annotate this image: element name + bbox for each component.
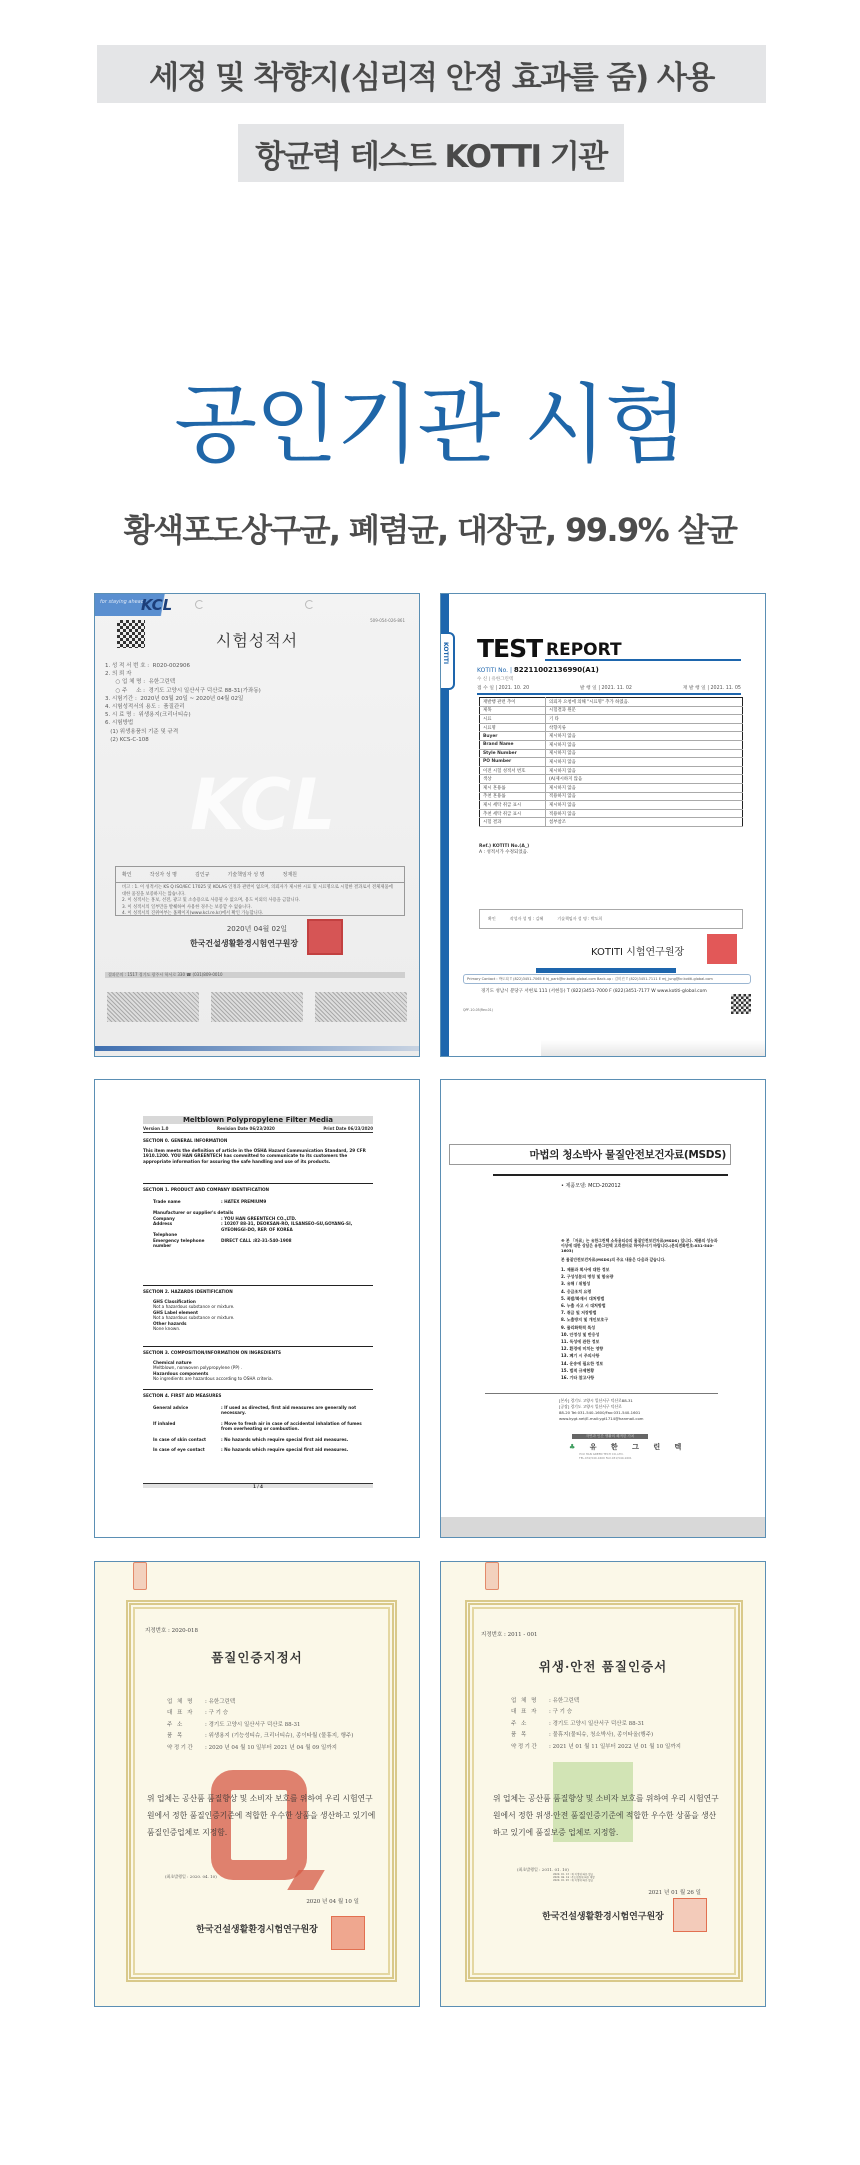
msds-ko-title: 마법의 청소박사 물질안전보건자료(MSDS) xyxy=(449,1144,731,1165)
address-line: www.kygt.net/E-mail:ygt1714@hanmail.com xyxy=(559,1416,643,1422)
headline-banner-usage: 세정 및 착향지(심리적 안정 효과를 줌) 사용 xyxy=(97,45,766,103)
list-item: 16. 기타 참고사항 xyxy=(561,1374,613,1381)
kcl-note-line: 비고 : 1. 이 성적서는 KS Q ISO/IEC 17025 및 KOLA… xyxy=(122,885,398,898)
cert-body: 위 업체는 공산품 품질향상 및 소비자 보호를 위하여 우리 시험연구원에서 … xyxy=(493,1790,723,1841)
cert-first-issued: (최초발행일 : 2020. 04. 10) xyxy=(165,1875,217,1880)
kotiti-test-report-image: KOTITI TEST REPORT KOTITI No. | 82211002… xyxy=(440,593,766,1057)
cert-field-key: 대 표 자 xyxy=(511,1707,549,1718)
msds-title: Meltblown Polypropylene Filter Media xyxy=(143,1116,373,1124)
divider xyxy=(477,693,741,695)
kcl-sign-cell: 정재원 xyxy=(283,871,298,878)
table-row: 시험 결과첨부참조 xyxy=(480,818,743,827)
msds-ko-company-info: YOU HAN GREEN TECH CO.,LTD. TEL.031)540-… xyxy=(579,1452,632,1460)
row-value: 제시하지 않음 xyxy=(546,758,743,767)
table-row: Style Number제시하지 않음 xyxy=(480,749,743,758)
list-item: 3. 유해 / 위험성 xyxy=(561,1280,613,1287)
cert-field: 약정기간: 2021 년 01 월 11 일부터 2022 년 01 월 10 … xyxy=(511,1742,681,1753)
list-item: 11. 독성에 관한 정보 xyxy=(561,1338,613,1345)
cert-field: 주 소: 경기도 고양시 일산서구 덕산로 88-31 xyxy=(511,1719,681,1730)
kotiti-address: 경기도 성남시 분당구 서현로 111 (서현동) T (822)3451-70… xyxy=(481,988,707,994)
msds-ko-contents: 1. 제품과 회사에 대한 정보2. 구성성분의 명칭 및 함유량3. 유해 /… xyxy=(561,1266,613,1381)
kcl-sign-cell: 확인 xyxy=(122,871,132,878)
kcl-report-fields: 1. 성 적 서 번 호 : R020-0029062. 의 뢰 자 ○ 업 체… xyxy=(105,662,261,744)
row-value: 제시하지 않음 xyxy=(546,732,743,741)
official-seal-icon xyxy=(307,919,343,955)
report-title-report: REPORT xyxy=(546,640,622,660)
first-aid-value: : If used as directed, first aid measure… xyxy=(221,1405,373,1416)
row-key: PO Number xyxy=(480,758,546,767)
official-seal-icon xyxy=(673,1898,707,1932)
row-key: 추천 혼용률 xyxy=(480,792,546,801)
stamp-icon xyxy=(485,1562,499,1590)
kcl-sign-cell: 작성자 성 명 xyxy=(150,871,177,878)
page-footer-band xyxy=(441,1517,765,1537)
first-aid-row: If inhaled: Move to fresh air in case of… xyxy=(143,1421,373,1432)
cert-field: 업 체 명: 유한그린텍 xyxy=(511,1696,681,1707)
kcl-sign-cell: 김인규 xyxy=(195,871,210,878)
kotiti-dates: 접 수 일 | 2021. 10. 20 발 행 일 | 2021. 11. 0… xyxy=(477,684,741,691)
cert-number: 지정번호 : 2020-018 xyxy=(145,1626,198,1634)
cert-number: 지정번호 : 2011 - 001 xyxy=(481,1630,537,1638)
kcl-field-line: 5. 시 료 명 : 위생용지(크리너티슈) xyxy=(105,711,261,719)
msds-ko-address: [본사] 경기도 고양시 일산서구 덕산로88-31[공장] 경기도 고양시 일… xyxy=(559,1398,643,1422)
report-title-test: TEST xyxy=(477,634,542,663)
punch-hole-icon xyxy=(305,600,314,609)
table-row: 시료명착향지류 xyxy=(480,723,743,732)
kcl-field-line: 3. 시험기간 : 2020년 03월 20일 ~ 2020년 04월 02일 xyxy=(105,695,261,703)
msds-korean-image: 마법의 청소박사 물질안전보건자료(MSDS) • 제품모델: MCD-2020… xyxy=(440,1079,766,1538)
kcl-header-band: for staying ahead KCL xyxy=(95,594,190,616)
row-key: Buyer xyxy=(480,732,546,741)
msds-ko-model: • 제품모델: MCD-202012 xyxy=(561,1182,621,1189)
msds-version-row: Version 1.0 Revision Date 06/23/2020 Pri… xyxy=(143,1126,373,1133)
row-value: 제시하지 않음 xyxy=(546,783,743,792)
table-row: Brand Name제시하지 않음 xyxy=(480,740,743,749)
cert-body: 위 업체는 공산품 품질향상 및 소비자 보호를 위하여 우리 시험연구원에서 … xyxy=(147,1790,377,1841)
kotiti-report-table: 재발행 관련 추이의뢰자 요청에 의해 "시료명" 추가 하였음.제목시험결과 … xyxy=(479,697,743,827)
kotiti-sign-cell: 확인 xyxy=(488,916,496,922)
stamp-icon xyxy=(133,1562,147,1590)
official-seal-icon xyxy=(707,934,737,964)
cert-title: 품질인증지정서 xyxy=(95,1648,419,1666)
list-item: 2. 구성성분의 명칭 및 함유량 xyxy=(561,1273,613,1280)
msds-section-0: SECTION 0. GENERAL INFORMATION This item… xyxy=(143,1138,373,1164)
row-value: 착향지류 xyxy=(546,723,743,732)
security-pattern xyxy=(315,992,407,1022)
row-key: 제시 세탁 취급 표시 xyxy=(480,801,546,810)
msds-ko-company: ♣ 유 한 그 린 텍 xyxy=(569,1442,687,1452)
cert-first-issued: (최초발행일 : 2011. 01. 10) 2020. 01. 13 : 재 … xyxy=(517,1868,595,1882)
row-value: 제시하지 않음 xyxy=(546,749,743,758)
kotiti-side-label: KOTITI xyxy=(442,642,449,664)
first-aid-row: General advice: If used as directed, fir… xyxy=(143,1405,373,1416)
cert-field-value: : 위생용지 (기능성티슈, 크리너티슈), 종이타월 (물휴지, 행주) xyxy=(205,1731,353,1742)
kcl-test-report-image: for staying ahead KCL 509-054-026-861 시험… xyxy=(94,593,420,1057)
cert-field-value: : 유한그린텍 xyxy=(205,1697,235,1708)
list-item: 4. 응급조치 요령 xyxy=(561,1288,613,1295)
kcl-watermark: KCL xyxy=(190,764,336,846)
cert-field-key: 주 소 xyxy=(167,1720,205,1731)
kcl-tagline: for staying ahead xyxy=(100,599,144,605)
page-shadow xyxy=(541,1040,765,1056)
cert-fields: 업 체 명: 유한그린텍대 표 자: 구 기 승주 소: 경기도 고양시 일산서… xyxy=(511,1696,681,1753)
cert-field-key: 품 목 xyxy=(511,1730,549,1741)
kotiti-form-no: QPF-10-05(Rev.01) xyxy=(463,1008,713,1012)
kcl-signature-box: 확인작성자 성 명김인규기술책임자 성 명정재원 비고 : 1. 이 성적서는 … xyxy=(115,866,405,916)
row-key: Brand Name xyxy=(480,740,546,749)
kcl-field-line: 2. 의 뢰 자 xyxy=(105,670,261,678)
row-value: (A)제시하지 않음 xyxy=(546,775,743,784)
list-item: 13. 폐기 시 주의사항 xyxy=(561,1352,613,1359)
security-pattern xyxy=(211,992,303,1022)
title-underline xyxy=(545,659,741,661)
list-item: 14. 운송에 필요한 정보 xyxy=(561,1360,613,1367)
cert-field-value: : 구 기 승 xyxy=(549,1707,572,1718)
table-row: Buyer제시하지 않음 xyxy=(480,732,743,741)
kotiti-number: KOTITI No. | 82211002136990(A1) xyxy=(477,666,599,674)
cert-field: 약정기간: 2020 년 04 월 10 일부터 2021 년 04 월 09 … xyxy=(167,1743,353,1754)
kcl-footer: 결과문의 : 1517 경기도 광주시 학서로 330 ☎ (031)809-0… xyxy=(105,972,405,978)
kotiti-sign-cell: 작성자 성 명 : 김혜 xyxy=(510,916,543,922)
cert-field: 대 표 자: 구 기 승 xyxy=(511,1707,681,1718)
cert-field-key: 주 소 xyxy=(511,1719,549,1730)
kotiti-signature-box: 확인작성자 성 명 : 김혜기술책임자 성 명 : 박도희 xyxy=(479,909,743,929)
kcl-issue-date: 2020년 04월 02일 xyxy=(95,924,419,934)
list-item: 8. 노출방지 및 개인보호구 xyxy=(561,1316,613,1323)
cert-field-value: : 경기도 고양시 일산서구 덕산로 88-31 xyxy=(205,1720,301,1731)
row-value: 시험결과 원문 xyxy=(546,706,743,715)
kcl-doc-number: 509-054-026-861 xyxy=(370,618,405,623)
page-title: 공인기관 시험 xyxy=(0,355,860,479)
cert-field-key: 품 목 xyxy=(167,1731,205,1742)
table-row: 추천 세탁 취급 표시적용하지 않음 xyxy=(480,809,743,818)
kcl-field-line: 6. 시험방법 xyxy=(105,719,261,727)
row-key: 추천 세탁 취급 표시 xyxy=(480,809,546,818)
first-aid-key: In case of eye contact xyxy=(153,1447,221,1453)
msds-section-3: SECTION 3. COMPOSITION/INFORMATION ON IN… xyxy=(143,1346,373,1382)
row-key: 재발행 관련 추이 xyxy=(480,698,546,707)
row-value: 제시하지 않음 xyxy=(546,801,743,810)
row-value: 기 타 xyxy=(546,715,743,724)
kcl-logo: KCL xyxy=(141,596,172,614)
cert-date: 2020 년 04 월 10 일 xyxy=(306,1897,359,1905)
cert-field-value: : 구 기 승 xyxy=(205,1708,228,1719)
list-item: 6. 누출 사고 시 대처방법 xyxy=(561,1302,613,1309)
table-row: 색상(A)제시하지 않음 xyxy=(480,775,743,784)
cert-field-key: 업 체 명 xyxy=(167,1697,205,1708)
kcl-sign-cell: 기술책임자 성 명 xyxy=(228,871,265,878)
table-row: 제목시험결과 원문 xyxy=(480,706,743,715)
first-aid-value: : No hazards which require special first… xyxy=(221,1437,348,1443)
kotiti-info-bar xyxy=(536,968,676,973)
list-item: 15. 법적 규제현황 xyxy=(561,1367,613,1374)
kotiti-issuer: KOTITI 시험연구원장 xyxy=(591,943,684,958)
list-item: 7. 취급 및 저장방법 xyxy=(561,1309,613,1316)
cert-issuer: 한국건설생활환경시험연구원장 xyxy=(441,1909,765,1922)
kcl-report-title: 시험성적서 xyxy=(95,628,419,651)
table-row: 이전 시험 성적서 번호제시하지 않음 xyxy=(480,766,743,775)
row-value: 의뢰자 요청에 의해 "시료명" 추가 하였음. xyxy=(546,698,743,707)
row-key: 제목 xyxy=(480,706,546,715)
first-aid-key: In case of skin contact xyxy=(153,1437,221,1443)
page-subtitle: 황색포도상구균, 폐렴균, 대장균, 99.9% 살균 xyxy=(0,505,860,551)
msds-ko-intro: ※ 본 「자료」는 유한그린텍 소독용티슈의 물질안전보건자료(MSDS) 입니… xyxy=(561,1238,721,1262)
punch-hole-icon xyxy=(195,600,204,609)
quality-certificate-image: 지정번호 : 2020-018 품질인증지정서 업 체 명: 유한그린텍대 표 … xyxy=(94,1561,420,2007)
headline-banner-kotti: 항균력 테스트 KOTTI 기관 xyxy=(238,124,624,182)
table-row: 시료기 타 xyxy=(480,715,743,724)
kotiti-side-tab: KOTITI xyxy=(441,632,455,690)
hygiene-certificate-image: 지정번호 : 2011 - 001 위생·안전 품질인증서 업 체 명: 유한그… xyxy=(440,1561,766,2007)
kcl-field-line: 1. 성 적 서 번 호 : R020-002906 xyxy=(105,662,261,670)
cert-field-value: : 경기도 고양시 일산서구 덕산로 88-31 xyxy=(549,1719,645,1730)
row-value: 적용하지 않음 xyxy=(546,792,743,801)
list-item: 1. 제품과 회사에 대한 정보 xyxy=(561,1266,613,1273)
list-item: 9. 물리화학적 특성 xyxy=(561,1324,613,1331)
leaf-icon: ♣ xyxy=(569,1443,581,1451)
cert-fields: 업 체 명: 유한그린텍대 표 자: 구 기 승주 소: 경기도 고양시 일산서… xyxy=(167,1697,353,1754)
divider xyxy=(493,1174,728,1176)
kotiti-recipient: 수 신 | 유한그린텍 xyxy=(477,676,513,682)
cert-issuer: 한국건설생활환경시험연구원장 xyxy=(95,1922,419,1935)
row-value: 첨부참조 xyxy=(546,818,743,827)
cert-field-value: : 2021 년 01 월 11 일부터 2022 년 01 월 10 일까지 xyxy=(549,1742,681,1753)
cert-field-key: 약정기간 xyxy=(511,1742,549,1753)
msds-section-2: SECTION 2. HAZARDS IDENTIFICATION GHS Cl… xyxy=(143,1285,373,1332)
cert-field-value: : 물휴지(물티슈, 청소박사), 종이타올(행주) xyxy=(549,1730,653,1741)
msds-english-image: Meltblown Polypropylene Filter Media Ver… xyxy=(94,1079,420,1538)
kotiti-ref: Ref.) KOTITI No.(A_) A : 성적서가 수정되었음. xyxy=(479,844,529,856)
row-key: 제시 혼용률 xyxy=(480,783,546,792)
cert-field-key: 약정기간 xyxy=(167,1743,205,1754)
history-line: 2020. 01. 25 : 재 지정에 따른 발급 xyxy=(553,1879,595,1882)
first-aid-key: General advice xyxy=(153,1405,221,1416)
kotiti-contact: Primary Contact : 박도희 T (822)3451-7065 E… xyxy=(463,974,751,984)
kcl-bottom-bar xyxy=(95,1046,419,1051)
row-key: 시험 결과 xyxy=(480,818,546,827)
msds-section-1: SECTION 1. PRODUCT AND COMPANY IDENTIFIC… xyxy=(143,1183,373,1249)
row-key: 이전 시험 성적서 번호 xyxy=(480,766,546,775)
list-item: 12. 환경에 미치는 영향 xyxy=(561,1345,613,1352)
cert-field-key: 업 체 명 xyxy=(511,1696,549,1707)
cert-title: 위생·안전 품질인증서 xyxy=(441,1657,765,1675)
first-aid-row: In case of skin contact: No hazards whic… xyxy=(143,1437,373,1443)
security-pattern xyxy=(107,992,199,1022)
cert-date: 2021 년 01 월 26 일 xyxy=(648,1888,701,1896)
kcl-field-line: 4. 시험성적서의 용도 : 품질관리 xyxy=(105,703,261,711)
table-row: 재발행 관련 추이의뢰자 요청에 의해 "시료명" 추가 하였음. xyxy=(480,698,743,707)
kcl-field-line: (2) KCS-C-108 xyxy=(105,736,261,744)
row-value: 제시하지 않음 xyxy=(546,766,743,775)
table-row: 제시 혼용률제시하지 않음 xyxy=(480,783,743,792)
first-aid-value: : Move to fresh air in case of accidenta… xyxy=(221,1421,373,1432)
first-aid-key: If inhaled xyxy=(153,1421,221,1432)
cert-field-key: 대 표 자 xyxy=(167,1708,205,1719)
row-value: 제시하지 않음 xyxy=(546,740,743,749)
kcl-field-line: (1) 위생용품의 기준 및 규격 xyxy=(105,728,261,736)
row-key: 색상 xyxy=(480,775,546,784)
kcl-field-line: ○ 주 소 : 경기도 고양시 일산서구 덕산로 88-31(가좌동) xyxy=(105,687,261,695)
cert-field: 업 체 명: 유한그린텍 xyxy=(167,1697,353,1708)
cert-field-value: : 2020 년 04 월 10 일부터 2021 년 04 월 09 일까지 xyxy=(205,1743,337,1754)
row-key: Style Number xyxy=(480,749,546,758)
list-item: 10. 안정성 및 반응성 xyxy=(561,1331,613,1338)
kcl-issuer: 한국건설생활환경시험연구원장 xyxy=(95,938,393,949)
table-row: PO Number제시하지 않음 xyxy=(480,758,743,767)
msds-ko-slogan: 자연과 인간 생활의 쾌적한 가치 xyxy=(572,1434,648,1439)
msds-page-number: 1 / 4 xyxy=(143,1483,373,1488)
cert-field: 대 표 자: 구 기 승 xyxy=(167,1708,353,1719)
first-aid-value: : No hazards which require special first… xyxy=(221,1447,348,1453)
row-key: 시료 xyxy=(480,715,546,724)
row-key: 시료명 xyxy=(480,723,546,732)
cert-field: 주 소: 경기도 고양시 일산서구 덕산로 88-31 xyxy=(167,1720,353,1731)
table-row: 추천 혼용률적용하지 않음 xyxy=(480,792,743,801)
msds-section-4: SECTION 4. FIRST AID MEASURES General ad… xyxy=(143,1389,373,1453)
list-item: 5. 폭발/화재시 대처방법 xyxy=(561,1295,613,1302)
table-row: 제시 세탁 취급 표시제시하지 않음 xyxy=(480,801,743,810)
kcl-note-line: 4. 이 성적서의 진위여부는 홈페이지(www.kcl.re.kr)에서 확인… xyxy=(122,911,398,918)
official-seal-icon xyxy=(331,1916,365,1950)
cert-field-value: : 유한그린텍 xyxy=(549,1696,579,1707)
row-value: 적용하지 않음 xyxy=(546,809,743,818)
kotiti-sign-cell: 기술책임자 성 명 : 박도희 xyxy=(557,916,602,922)
kcl-field-line: ○ 업 체 명 : 유한그린텍 xyxy=(105,678,261,686)
cert-field: 품 목: 위생용지 (기능성티슈, 크리너티슈), 종이타월 (물휴지, 행주) xyxy=(167,1731,353,1742)
qr-code-icon xyxy=(731,994,751,1014)
first-aid-row: In case of eye contact: No hazards which… xyxy=(143,1447,373,1453)
divider xyxy=(485,1393,718,1394)
cert-field: 품 목: 물휴지(물티슈, 청소박사), 종이타올(행주) xyxy=(511,1730,681,1741)
